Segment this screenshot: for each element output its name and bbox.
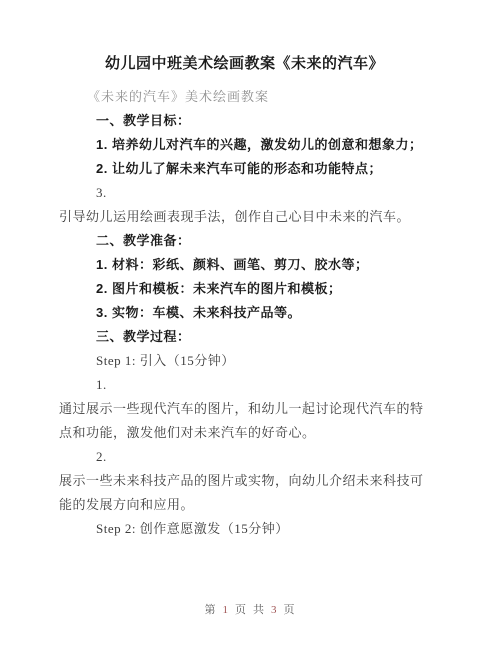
- doc-subtitle: 《未来的汽车》美术绘画教案: [59, 85, 430, 109]
- page-footer: 第1页共3页: [0, 601, 500, 619]
- section-heading-process: 三、教学过程：: [59, 325, 430, 349]
- page-number-total: 3: [271, 604, 278, 616]
- footer-label-di: 第: [205, 604, 217, 616]
- step-2-heading: Step 2: 创作意愿激发（15分钟）: [59, 517, 430, 541]
- process-item-2-text: 展示一些未来科技产品的图片或实物，向幼儿介绍未来科技可能的发展方向和应用。: [59, 469, 430, 517]
- footer-label-ye1: 页: [235, 604, 247, 616]
- process-item-2-number: 2.: [59, 445, 430, 469]
- section-heading-preparation: 二、教学准备：: [59, 229, 430, 253]
- process-item-1-text: 通过展示一些现代汽车的图片，和幼儿一起讨论现代汽车的特点和功能，激发他们对未来汽…: [59, 397, 430, 445]
- page-number-current: 1: [223, 604, 230, 616]
- document-page: 幼儿园中班美术绘画教案《未来的汽车》 《未来的汽车》美术绘画教案 一、教学目标：…: [0, 0, 500, 647]
- goal-item-3-number: 3.: [59, 181, 430, 205]
- prep-item-2: 2. 图片和模板：未来汽车的图片和模板；: [59, 277, 430, 301]
- goal-item-2: 2. 让幼儿了解未来汽车可能的形态和功能特点；: [59, 157, 430, 181]
- prep-item-3: 3. 实物：车模、未来科技产品等。: [59, 301, 430, 325]
- doc-title: 幼儿园中班美术绘画教案《未来的汽车》: [59, 52, 430, 76]
- step-1-heading: Step 1: 引入（15分钟）: [59, 349, 430, 373]
- goal-item-3-text: 引导幼儿运用绘画表现手法，创作自己心目中未来的汽车。: [59, 205, 430, 229]
- footer-label-gong: 共: [253, 604, 265, 616]
- prep-item-1: 1. 材料：彩纸、颜料、画笔、剪刀、胶水等；: [59, 253, 430, 277]
- document-body: 幼儿园中班美术绘画教案《未来的汽车》 《未来的汽车》美术绘画教案 一、教学目标：…: [0, 0, 500, 541]
- footer-label-ye2: 页: [284, 604, 296, 616]
- process-item-1-number: 1.: [59, 373, 430, 397]
- section-heading-goals: 一、教学目标：: [59, 109, 430, 133]
- goal-item-1: 1. 培养幼儿对汽车的兴趣，激发幼儿的创意和想象力；: [59, 133, 430, 157]
